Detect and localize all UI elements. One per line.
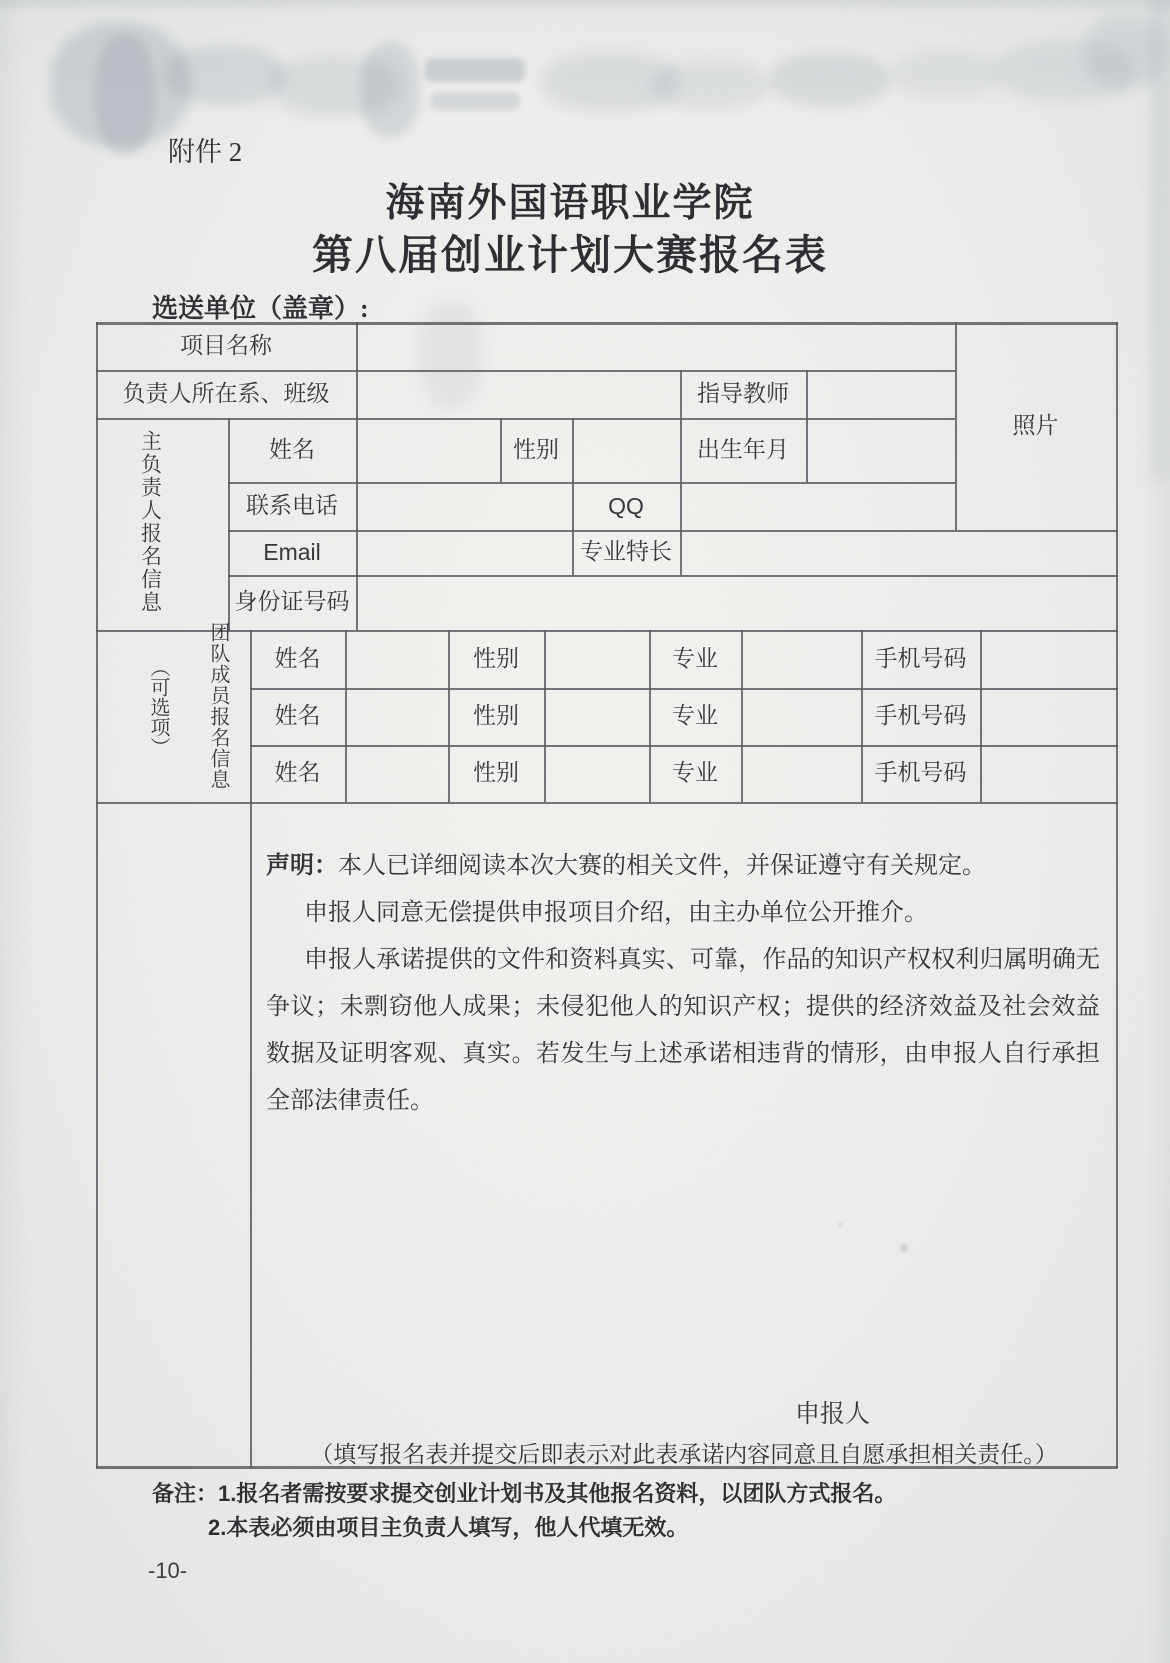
team-member-phone-label: 手机号码 (861, 688, 980, 745)
team-member-phone-label: 手机号码 (861, 745, 980, 802)
team-member-name-label: 姓名 (250, 630, 345, 688)
team-member-major-label: 专业 (649, 688, 741, 745)
footnote-1-text: 1.报名者需按要求提交创业计划书及其他报名资料，以团队方式报名。 (218, 1481, 896, 1506)
submitting-unit-seal-label: 选送单位（盖章）: (152, 288, 369, 325)
gender-label: 性别 (500, 418, 572, 482)
scan-smudge (425, 58, 525, 82)
footnote-1: 备注：1.报名者需按要求提交创业计划书及其他报名资料，以团队方式报名。 (152, 1477, 896, 1511)
scan-smudge (50, 22, 190, 147)
table-line (1116, 322, 1118, 1468)
declaration-line-2: 申报人同意无偿提供申报项目介绍，由主办单位公开推介。 (266, 890, 1100, 937)
team-member-major-label: 专业 (649, 745, 741, 802)
scan-smudge (270, 55, 400, 117)
scan-smudge (1148, 0, 1168, 480)
qq-label: QQ (572, 482, 680, 530)
team-member-gender-label: 性别 (448, 745, 544, 802)
footnotes: 备注：1.报名者需按要求提交创业计划书及其他报名资料，以团队方式报名。 2.本表… (152, 1477, 896, 1545)
scan-smudge (418, 300, 484, 410)
specialty-label: 专业特长 (572, 530, 680, 575)
attachment-label: 附件 2 (168, 130, 242, 169)
scan-smudge (430, 92, 520, 110)
scan-smudge (838, 1222, 843, 1227)
table-line (96, 322, 98, 1468)
table-line (228, 575, 1118, 577)
scan-smudge (540, 52, 680, 112)
declaration-text: 声明：本人已详细阅读本次大赛的相关文件，并保证遵守有关规定。 申报人同意无偿提供… (266, 843, 1100, 1125)
scan-smudge (995, 40, 1135, 102)
footnote-2: 2.本表必须由项目主负责人填写，他人代填无效。 (208, 1511, 896, 1545)
scan-smudge (165, 45, 285, 105)
team-member-name-label: 姓名 (250, 688, 345, 745)
scanned-form-page: 附件 2 海南外国语职业学院 第八届创业计划大赛报名表 选送单位（盖章）: 项目… (0, 0, 1170, 1663)
photo-label: 照片 (955, 322, 1116, 530)
scan-smudge (360, 42, 420, 137)
declaration-line-1: 声明：本人已详细阅读本次大赛的相关文件，并保证遵守有关规定。 (266, 843, 1100, 890)
declaration-line-1-text: 本人已详细阅读本次大赛的相关文件，并保证遵守有关规定。 (338, 853, 986, 879)
email-label: Email (228, 530, 356, 575)
scan-smudge (1085, 15, 1165, 90)
table-line (544, 630, 546, 802)
table-line (345, 630, 347, 802)
declaration-paragraph-3: 申报人承诺提供的文件和资料真实、可靠，作品的知识产权权利归属明确无争议；未剽窃他… (266, 937, 1100, 1125)
table-line (806, 370, 808, 482)
project-name-label: 项目名称 (96, 322, 356, 370)
team-member-phone-label: 手机号码 (861, 630, 980, 688)
advisor-label: 指导教师 (680, 370, 806, 418)
team-member-major-label: 专业 (649, 630, 741, 688)
team-optional-label: （可选项） (138, 644, 178, 770)
scan-smudge (650, 60, 770, 110)
team-member-gender-label: 性别 (448, 688, 544, 745)
consent-note: （填写报名表并提交后即表示对此表承诺内容同意且自愿承担相关责任。） (256, 1436, 1112, 1469)
leader-section-label: 主负责人报名信息 (128, 424, 172, 620)
table-line (980, 630, 982, 802)
form-title-line1: 海南外国语职业学院 (0, 172, 1140, 228)
form-title-line2: 第八届创业计划大赛报名表 (0, 222, 1140, 281)
phone-label: 联系电话 (228, 482, 356, 530)
footnote-label: 备注： (152, 1481, 218, 1506)
applicant-label: 申报人 (795, 1394, 870, 1430)
leader-dept-class-label: 负责人所在系、班级 (96, 370, 356, 418)
team-member-gender-label: 性别 (448, 630, 544, 688)
team-section-label: 团队成员报名信息 (196, 620, 240, 792)
declaration-heading: 声明： (266, 853, 338, 879)
table-line (741, 630, 743, 802)
page-number: -10- (148, 1558, 187, 1584)
table-line (356, 322, 358, 630)
scan-smudge (95, 35, 155, 155)
scan-smudge (900, 1244, 908, 1252)
team-member-name-label: 姓名 (250, 745, 345, 802)
scan-smudge (890, 50, 1000, 98)
name-label: 姓名 (228, 418, 356, 482)
id-number-label: 身份证号码 (228, 575, 356, 630)
birth-date-label: 出生年月 (680, 418, 806, 482)
scan-smudge (770, 52, 890, 107)
